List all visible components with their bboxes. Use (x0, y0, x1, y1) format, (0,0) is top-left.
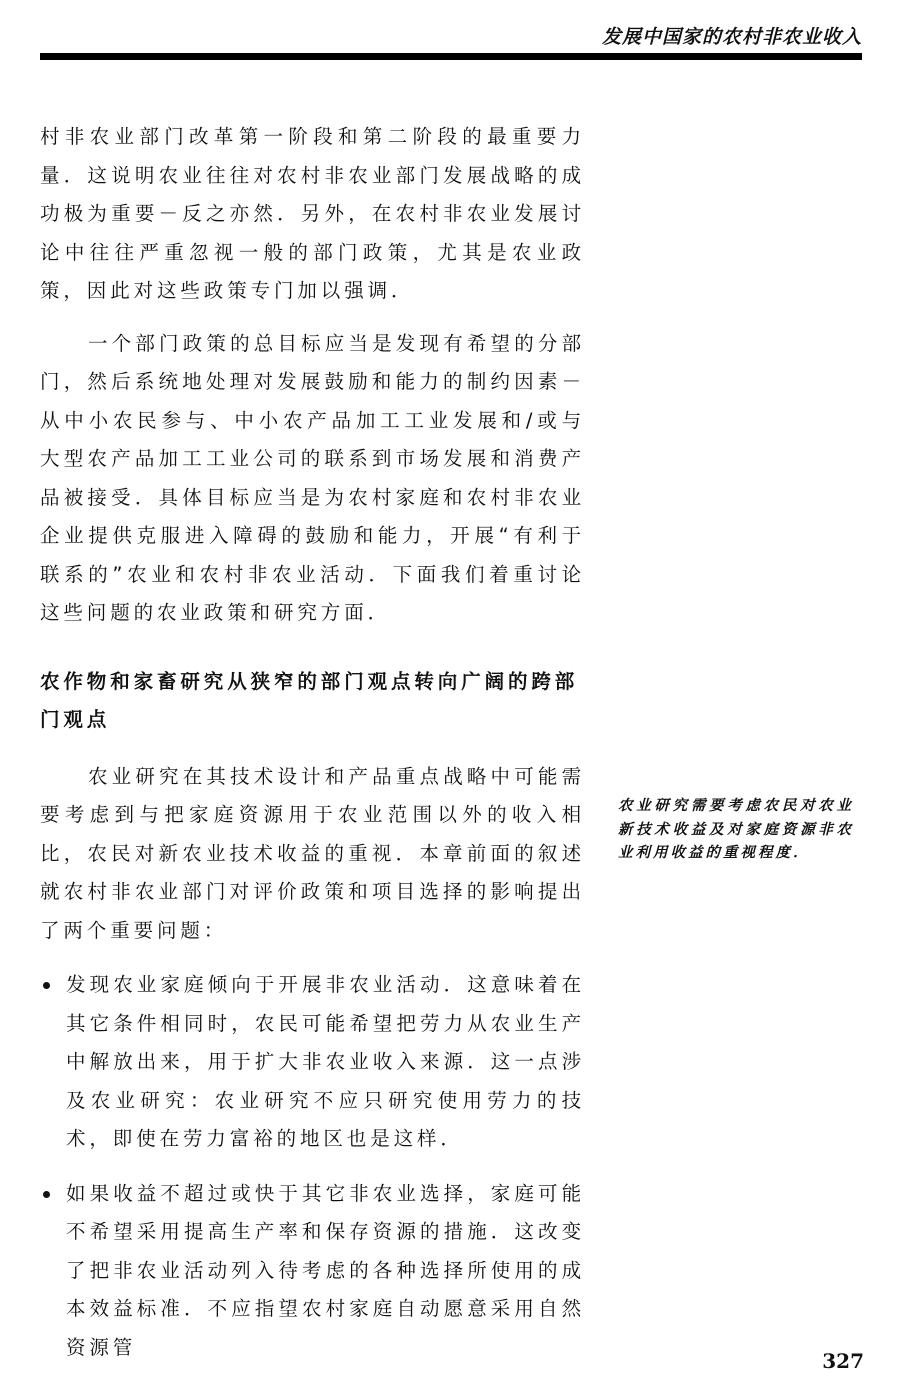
bullet-text: 发现农业家庭倾向于开展非农业活动．这意味着在其它条件相同时，农民可能希望把劳力从… (66, 973, 585, 1150)
bullet-icon (43, 1191, 50, 1198)
running-head-title: 发展中国家的农村非农业收入 (602, 22, 862, 49)
bullet-list: 发现农业家庭倾向于开展非农业活动．这意味着在其它条件相同时，农民可能希望把劳力从… (40, 966, 585, 1367)
paragraph-continuation: 村非农业部门改革第一阶段和第二阶段的最重要力量．这说明农业往往对农村非农业部门发… (40, 118, 585, 311)
margin-note: 农业研究需要考虑农民对农业新技术收益及对家庭资源非农业利用收益的重视程度． (618, 795, 854, 866)
page-number: 327 (822, 1349, 864, 1373)
header-rule (40, 53, 862, 60)
paragraph-section-intro: 农业研究在其技术设计和产品重点战略中可能需要考虑到与把家庭资源用于农业范围以外的… (40, 758, 585, 951)
bullet-item: 发现农业家庭倾向于开展非农业活动．这意味着在其它条件相同时，农民可能希望把劳力从… (40, 966, 585, 1159)
bullet-icon (43, 982, 50, 989)
paragraph-sector-policy: 一个部门政策的总目标应当是发现有希望的分部门，然后系统地处理对发展鼓励和能力的制… (40, 325, 585, 633)
main-text-column: 村非农业部门改革第一阶段和第二阶段的最重要力量．这说明农业往往对农村非农业部门发… (40, 118, 585, 1367)
bullet-text: 如果收益不超过或快于其它非农业选择，家庭可能不希望采用提高生产率和保存资源的措施… (66, 1182, 585, 1359)
section-heading: 农作物和家畜研究从狭窄的部门观点转向广阔的跨部门观点 (40, 663, 585, 740)
bullet-item: 如果收益不超过或快于其它非农业选择，家庭可能不希望采用提高生产率和保存资源的措施… (40, 1175, 585, 1368)
